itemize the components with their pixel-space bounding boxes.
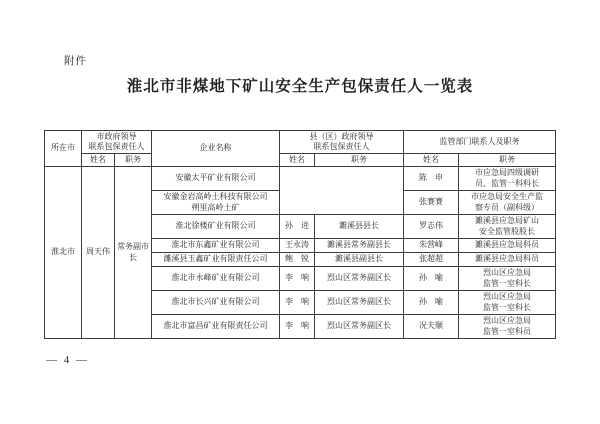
company-cell: 淮北徐楼矿业有限公司 [152,215,280,239]
sup-title-cell: 烈山区应急局 监管一室科长 [459,267,556,291]
company-cell: 濉溪县玉鑫矿业有限责任公司 [152,253,280,267]
county-title-cell: 濉溪县副县长 [315,253,404,267]
county-title-cell: 烈山区常务副区长 [315,315,404,339]
header-county-gov-leader: 县（区）政府领导 联系包保责任人 [280,131,404,154]
header-row-2: 姓名 职务 姓名 职务 姓名 职务 [45,154,556,167]
city-leader-name-cell: 周天伟 [82,167,115,339]
sup-title-cell: 濉溪县应急局科员 [459,253,556,267]
sup-title-cell: 烈山区应急局 监管一室科员 [459,315,556,339]
county-name-cell: 孙 进 [280,215,315,239]
company-cell: 淮北市富昌矿业有限责任公司 [152,315,280,339]
header-row-1: 所在市 市政府领导 联系包保责任人 企业名称 县（区）政府领导 联系包保责任人 … [45,131,556,154]
header-enterprise: 企业名称 [152,131,280,167]
header-city-name: 姓名 [82,154,115,167]
county-title-cell: 濉溪县常务副县长 [315,239,404,253]
sup-name-cell: 张超超 [404,253,459,267]
sup-name-cell: 朱营峰 [404,239,459,253]
table-row: 淮北市 周天伟 常务副市长 安徽太平矿业有限公司 陈 申 市应急局四级调研 员、… [45,167,556,191]
header-county-title: 职务 [315,154,404,167]
page-number: — 4 — [46,354,89,366]
company-cell: 淮北市永峰矿业有限公司 [152,267,280,291]
company-cell: 淮北市长兴矿业有限公司 [152,291,280,315]
county-leader-empty-cell [280,167,404,215]
county-name-cell: 李 响 [280,291,315,315]
city-leader-title-cell: 常务副市长 [115,167,152,339]
sup-name-cell: 况夫顺 [404,315,459,339]
page-title: 淮北市非煤地下矿山安全生产包保责任人一览表 [0,74,600,96]
header-sup-title: 职务 [459,154,556,167]
company-cell: 安徽太平矿业有限公司 [152,167,280,191]
sup-name-cell: 张赛赛 [404,191,459,215]
sup-title-cell: 市应急局四级调研 员、监管一科科长 [459,167,556,191]
sup-name-cell: 陈 申 [404,167,459,191]
sup-title-cell: 市应急局安全生产监 察专员（副科级） [459,191,556,215]
header-sup-name: 姓名 [404,154,459,167]
header-city-gov-leader: 市政府领导 联系包保责任人 [82,131,152,154]
company-cell: 淮北市东鑫矿业有限公司 [152,239,280,253]
document-page: { "page": { "attachment_label": "附件", "t… [0,0,600,424]
sup-name-cell: 孙 喻 [404,291,459,315]
responsibility-table: 所在市 市政府领导 联系包保责任人 企业名称 县（区）政府领导 联系包保责任人 … [44,130,556,339]
attachment-label: 附件 [64,53,87,68]
county-name-cell: 鲍 锐 [280,253,315,267]
header-city: 所在市 [45,131,82,167]
company-cell: 安徽金岩高岭土科技有限公司 朔里高岭土矿 [152,191,280,215]
county-title-cell: 濉溪县县长 [315,215,404,239]
sup-title-cell: 濉溪县应急局矿山 安全监管股股长 [459,215,556,239]
header-city-title: 职务 [115,154,152,167]
responsibility-table-container: 所在市 市政府领导 联系包保责任人 企业名称 县（区）政府领导 联系包保责任人 … [44,130,556,339]
sup-name-cell: 罗志伟 [404,215,459,239]
county-title-cell: 烈山区常务副区长 [315,291,404,315]
header-county-name: 姓名 [280,154,315,167]
county-name-cell: 李 响 [280,315,315,339]
sup-title-cell: 烈山区应急局 监管一室科长 [459,291,556,315]
sup-title-cell: 濉溪县应急局科员 [459,239,556,253]
sup-name-cell: 孙 喻 [404,267,459,291]
county-name-cell: 王永涛 [280,239,315,253]
county-title-cell: 烈山区常务副区长 [315,267,404,291]
city-cell: 淮北市 [45,167,82,339]
county-name-cell: 李 响 [280,267,315,291]
header-supervisor: 监管部门联系人及职务 [404,131,556,154]
